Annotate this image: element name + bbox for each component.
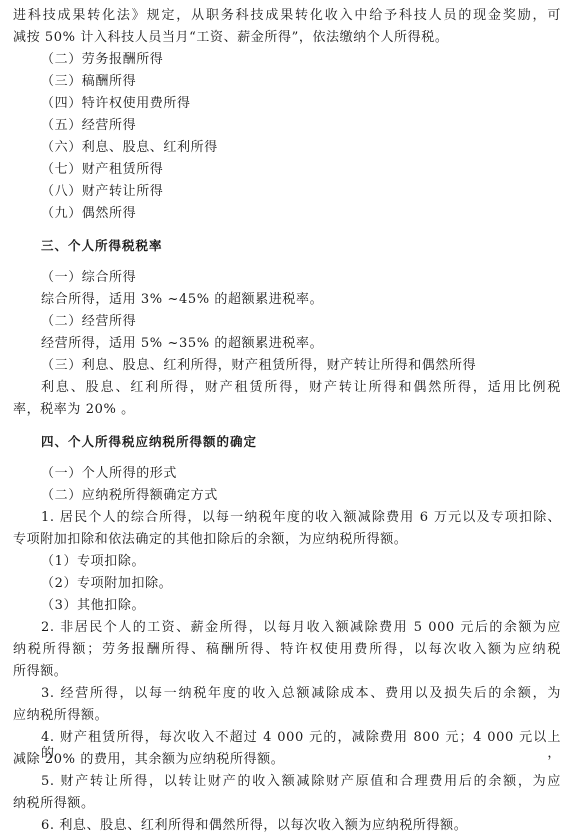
section-3-sub3-title: （三）利息、股息、红利所得，财产租赁所得，财产转让所得和偶然所得 (41, 358, 476, 374)
income-item: （三）稿酬所得 (41, 74, 136, 90)
income-item: （二）劳务报酬所得 (41, 52, 163, 68)
section-3-sub2-text: 经营所得，适用 5% ~35% 的超额累进税率。 (41, 336, 323, 352)
section-3-sub1-title: （一）综合所得 (41, 270, 136, 286)
section-3-sub3-text-2: 率，税率为 20% 。 (13, 402, 135, 418)
paragraph-1-line-1: 1. 居民个人的综合所得，以每一纳税年度的收入额减除费用 6 万元以及专项扣除、 (41, 510, 561, 526)
paragraph-5-line-2: 纳税所得额。 (13, 796, 95, 812)
paragraph-2-line-2: 纳税所得额；劳务报酬所得、稿酬所得、特许权使用费所得，以每次收入额为应纳税 (13, 642, 561, 658)
deduction-item: （2）专项附加扣除。 (41, 576, 172, 592)
income-item: （九）偶然所得 (41, 206, 136, 222)
paragraph-3-line-1: 3. 经营所得，以每一纳税年度的收入总额减除成本、费用以及损失后的余额，为 (41, 686, 561, 702)
income-item: （四）特许权使用费所得 (41, 96, 191, 112)
income-item: （七）财产租赁所得 (41, 162, 163, 178)
section-3-sub2-title: （二）经营所得 (41, 314, 136, 330)
section-3-heading: 三、个人所得税税率 (41, 238, 163, 254)
intro-line-1: 进科技成果转化法》规定，从职务科技成果转化收入中给予科技人员的现金奖励，可 (13, 8, 561, 24)
section-3-sub1-text: 综合所得，适用 3% ~45% 的超额累进税率。 (41, 292, 323, 308)
paragraph-6-line-1: 6. 利息、股息、红利所得和偶然所得，以每次收入额为应纳税所得额。 (41, 818, 467, 834)
intro-line-2: 减按 50% 计入科技人员当月“工资、薪金所得”，依法缴纳个人所得税。 (13, 30, 448, 46)
paragraph-2-line-1: 2. 非居民个人的工资、薪金所得，以每月收入额减除费用 5 000 元后的余额为… (41, 620, 561, 636)
income-item: （五）经营所得 (41, 118, 136, 134)
paragraph-3-line-2: 应纳税所得额。 (13, 708, 108, 724)
income-item: （六）利息、股息、红利所得 (41, 140, 218, 156)
paragraph-4-line-2: 减除 20% 的费用，其余额为应纳税所得额。 (13, 752, 284, 768)
paragraph-2-line-3: 所得额。 (13, 664, 67, 680)
paragraph-5-line-1: 5. 财产转让所得，以转让财产的收入额减除财产原值和合理费用后的余额，为应 (41, 774, 561, 790)
deduction-item: （3）其他扣除。 (41, 598, 145, 614)
section-4-heading: 四、个人所得税应纳税所得额的确定 (41, 434, 257, 450)
income-item: （八）财产转让所得 (41, 184, 163, 200)
paragraph-1-line-2: 专项附加扣除和依法确定的其他扣除后的余额，为应纳税所得额。 (13, 532, 407, 548)
deduction-item: （1）专项扣除。 (41, 554, 145, 570)
section-3-sub3-text-1: 利息、股息、红利所得，财产租赁所得，财产转让所得和偶然所得，适用比例税 (41, 380, 561, 396)
section-4-sub1-title: （一）个人所得的形式 (41, 466, 177, 482)
section-4-sub2-title: （二）应纳税所得额确定方式 (41, 488, 218, 504)
